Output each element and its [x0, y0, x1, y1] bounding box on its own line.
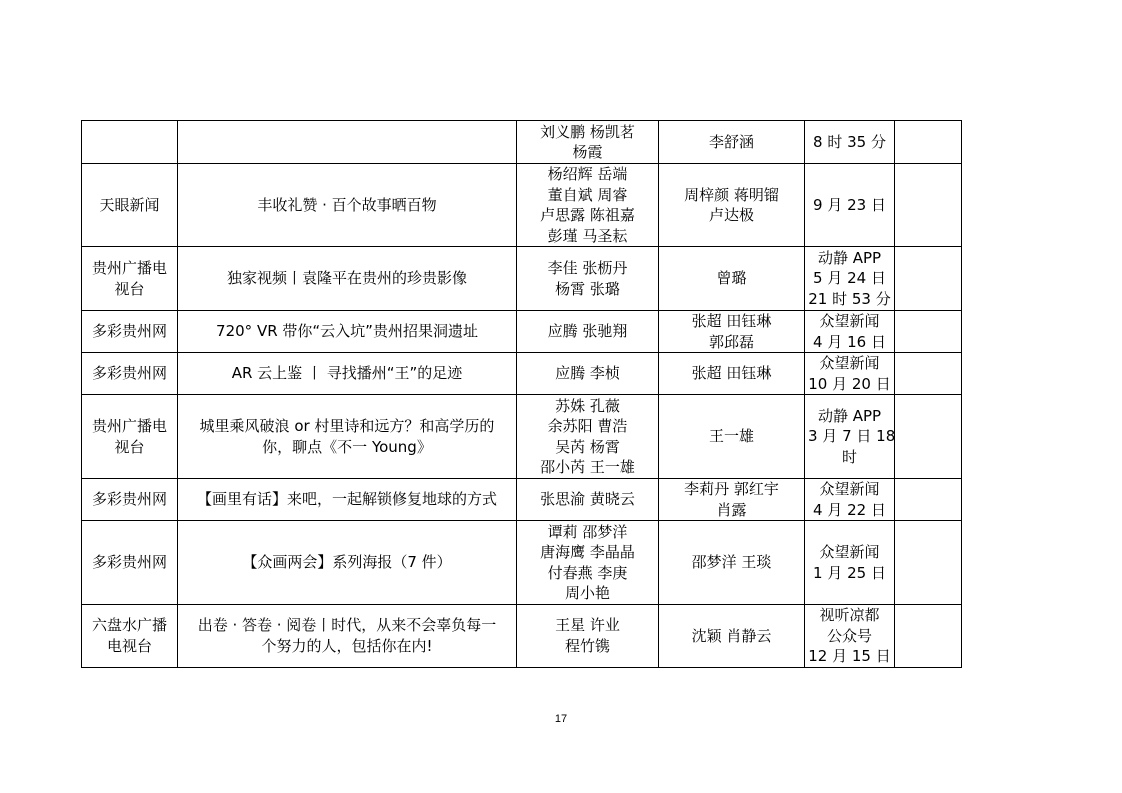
publish-info-cell: 8 时 35 分 [805, 121, 895, 164]
cell-text-line: 肖露 [662, 500, 801, 521]
cell-text-line: 李佳 张枥丹 [520, 258, 655, 279]
table-row: 刘义鹏 杨凯茗杨霞李舒涵8 时 35 分 [82, 121, 962, 164]
editors-cell: 曾璐 [659, 247, 805, 311]
cell-text-line: 余苏阳 曹浩 [520, 416, 655, 437]
cell-text-line: 卢达极 [662, 205, 801, 226]
cell-text-line: 众望新闻 [808, 353, 891, 374]
cell-text-line: 邵梦洋 王琰 [662, 552, 801, 573]
outlet-cell: 多彩贵州网 [82, 311, 178, 353]
table-row: 六盘水广播电视台出卷 · 答卷 · 阅卷丨时代，从来不会辜负每一个努力的人，包括… [82, 605, 962, 668]
cell-text-line: 电视台 [85, 636, 174, 657]
cell-text-line: 众望新闻 [808, 311, 891, 332]
title-cell: 720° VR 带你“云入坑”贵州招果洞遗址 [178, 311, 517, 353]
cell-text-line: 程竹镌 [520, 636, 655, 657]
cell-text-line: 丰收礼赞 · 百个故事晒百物 [181, 195, 513, 216]
cell-text-line: 天眼新闻 [85, 195, 174, 216]
table-row: 贵州广播电视台城里乘风破浪 or 村里诗和远方？和高学历的你，聊点《不一 You… [82, 395, 962, 479]
note-cell [895, 164, 962, 247]
cell-text-line: 张超 田钰琳 [662, 311, 801, 332]
cell-text-line: 王一雄 [662, 426, 801, 447]
cell-text-line: 周小艳 [520, 583, 655, 604]
outlet-cell: 天眼新闻 [82, 164, 178, 247]
cell-text-line: 出卷 · 答卷 · 阅卷丨时代，从来不会辜负每一 [181, 615, 513, 636]
cell-text-line: 唐海鹰 李晶晶 [520, 542, 655, 563]
editors-cell: 邵梦洋 王琰 [659, 521, 805, 605]
cell-text-line: 多彩贵州网 [85, 552, 174, 573]
cell-text-line: 个努力的人，包括你在内! [181, 636, 513, 657]
table-row: 多彩贵州网AR 云上鉴 丨 寻找播州“王”的足迹应腾 李桢张超 田钰琳众望新闻1… [82, 353, 962, 395]
title-cell [178, 121, 517, 164]
authors-cell: 李佳 张枥丹杨霄 张璐 [517, 247, 659, 311]
cell-text-line: 视台 [85, 279, 174, 300]
cell-text-line: 董自斌 周睿 [520, 185, 655, 206]
cell-text-line: 曾璐 [662, 268, 801, 289]
table-row: 多彩贵州网720° VR 带你“云入坑”贵州招果洞遗址应腾 张驰翔张超 田钰琳郭… [82, 311, 962, 353]
cell-text-line: 郭邱磊 [662, 332, 801, 353]
title-cell: 【众画两会】系列海报（7 件） [178, 521, 517, 605]
editors-cell: 张超 田钰琳 [659, 353, 805, 395]
table-row: 多彩贵州网【众画两会】系列海报（7 件）谭莉 邵梦洋唐海鹰 李晶晶付春燕 李庚周… [82, 521, 962, 605]
publish-info-cell: 众望新闻1 月 25 日 [805, 521, 895, 605]
publish-info-cell: 众望新闻10 月 20 日 [805, 353, 895, 395]
title-cell: 丰收礼赞 · 百个故事晒百物 [178, 164, 517, 247]
cell-text-line: AR 云上鉴 丨 寻找播州“王”的足迹 [181, 363, 513, 384]
cell-text-line: 多彩贵州网 [85, 321, 174, 342]
cell-text-line: 苏姝 孔薇 [520, 396, 655, 417]
cell-text-line: 张超 田钰琳 [662, 363, 801, 384]
page-number: 17 [0, 713, 1122, 725]
cell-text-line: 【画里有话】来吧，一起解锁修复地球的方式 [181, 489, 513, 510]
cell-text-line: 时 [808, 447, 891, 468]
cell-text-line: 刘义鹏 杨凯茗 [520, 122, 655, 143]
outlet-cell: 多彩贵州网 [82, 479, 178, 521]
outlet-cell [82, 121, 178, 164]
note-cell [895, 395, 962, 479]
cell-text-line: 吴芮 杨霄 [520, 437, 655, 458]
authors-cell: 张思渝 黄晓云 [517, 479, 659, 521]
authors-cell: 应腾 张驰翔 [517, 311, 659, 353]
cell-text-line: 9 月 23 日 [808, 195, 891, 216]
cell-text-line: 贵州广播电 [85, 416, 174, 437]
editors-cell: 王一雄 [659, 395, 805, 479]
cell-text-line: 视听凉都 [808, 605, 891, 626]
authors-cell: 杨绍辉 岳端董自斌 周睿卢思露 陈祖嘉彭瑾 马圣耘 [517, 164, 659, 247]
cell-text-line: 杨霞 [520, 142, 655, 163]
note-cell [895, 353, 962, 395]
table-row: 贵州广播电视台独家视频丨袁隆平在贵州的珍贵影像李佳 张枥丹杨霄 张璐曾璐动静 A… [82, 247, 962, 311]
note-cell [895, 605, 962, 668]
cell-text-line: 21 时 53 分 [808, 289, 891, 310]
cell-text-line: 应腾 李桢 [520, 363, 655, 384]
cell-text-line: 你，聊点《不一 Young》 [181, 437, 513, 458]
cell-text-line: 5 月 24 日 [808, 268, 891, 289]
outlet-cell: 贵州广播电视台 [82, 247, 178, 311]
cell-text-line: 8 时 35 分 [808, 132, 891, 153]
authors-cell: 谭莉 邵梦洋唐海鹰 李晶晶付春燕 李庚周小艳 [517, 521, 659, 605]
editors-cell: 张超 田钰琳郭邱磊 [659, 311, 805, 353]
cell-text-line: 12 月 15 日 [808, 646, 891, 667]
editors-cell: 沈颖 肖静云 [659, 605, 805, 668]
note-cell [895, 479, 962, 521]
publish-info-cell: 视听凉都公众号12 月 15 日 [805, 605, 895, 668]
cell-text-line: 付春燕 李庚 [520, 563, 655, 584]
cell-text-line: 4 月 22 日 [808, 500, 891, 521]
cell-text-line: 沈颖 肖静云 [662, 626, 801, 647]
title-cell: 【画里有话】来吧，一起解锁修复地球的方式 [178, 479, 517, 521]
cell-text-line: 彭瑾 马圣耘 [520, 226, 655, 247]
cell-text-line: 动静 APP [808, 406, 891, 427]
cell-text-line: 720° VR 带你“云入坑”贵州招果洞遗址 [181, 321, 513, 342]
cell-text-line: 谭莉 邵梦洋 [520, 522, 655, 543]
editors-cell: 周梓颜 蒋明镏卢达极 [659, 164, 805, 247]
cell-text-line: 多彩贵州网 [85, 489, 174, 510]
publish-info-cell: 动静 APP5 月 24 日21 时 53 分 [805, 247, 895, 311]
outlet-cell: 多彩贵州网 [82, 353, 178, 395]
table-row: 天眼新闻丰收礼赞 · 百个故事晒百物杨绍辉 岳端董自斌 周睿卢思露 陈祖嘉彭瑾 … [82, 164, 962, 247]
cell-text-line: 多彩贵州网 [85, 363, 174, 384]
cell-text-line: 动静 APP [808, 248, 891, 269]
cell-text-line: 卢思露 陈祖嘉 [520, 205, 655, 226]
cell-text-line: 李莉丹 郭红宇 [662, 479, 801, 500]
authors-cell: 刘义鹏 杨凯茗杨霞 [517, 121, 659, 164]
cell-text-line: 王星 许业 [520, 615, 655, 636]
title-cell: AR 云上鉴 丨 寻找播州“王”的足迹 [178, 353, 517, 395]
cell-text-line: 众望新闻 [808, 542, 891, 563]
editors-cell: 李莉丹 郭红宇肖露 [659, 479, 805, 521]
cell-text-line: 城里乘风破浪 or 村里诗和远方？和高学历的 [181, 416, 513, 437]
cell-text-line: 应腾 张驰翔 [520, 321, 655, 342]
note-cell [895, 311, 962, 353]
title-cell: 独家视频丨袁隆平在贵州的珍贵影像 [178, 247, 517, 311]
title-cell: 出卷 · 答卷 · 阅卷丨时代，从来不会辜负每一个努力的人，包括你在内! [178, 605, 517, 668]
authors-cell: 王星 许业程竹镌 [517, 605, 659, 668]
outlet-cell: 多彩贵州网 [82, 521, 178, 605]
cell-text-line: 独家视频丨袁隆平在贵州的珍贵影像 [181, 268, 513, 289]
awards-table: 刘义鹏 杨凯茗杨霞李舒涵8 时 35 分天眼新闻丰收礼赞 · 百个故事晒百物杨绍… [81, 120, 962, 668]
note-cell [895, 521, 962, 605]
cell-text-line: 杨绍辉 岳端 [520, 164, 655, 185]
publish-info-cell: 众望新闻4 月 22 日 [805, 479, 895, 521]
cell-text-line: 4 月 16 日 [808, 332, 891, 353]
cell-text-line: 周梓颜 蒋明镏 [662, 185, 801, 206]
cell-text-line: 视台 [85, 437, 174, 458]
cell-text-line: 邵小芮 王一雄 [520, 457, 655, 478]
cell-text-line: 10 月 20 日 [808, 374, 891, 395]
cell-text-line: 3 月 7 日 18 [808, 426, 891, 447]
cell-text-line: 李舒涵 [662, 132, 801, 153]
note-cell [895, 121, 962, 164]
publish-info-cell: 动静 APP3 月 7 日 18时 [805, 395, 895, 479]
table-row: 多彩贵州网【画里有话】来吧，一起解锁修复地球的方式张思渝 黄晓云李莉丹 郭红宇肖… [82, 479, 962, 521]
publish-info-cell: 9 月 23 日 [805, 164, 895, 247]
outlet-cell: 六盘水广播电视台 [82, 605, 178, 668]
outlet-cell: 贵州广播电视台 [82, 395, 178, 479]
note-cell [895, 247, 962, 311]
title-cell: 城里乘风破浪 or 村里诗和远方？和高学历的你，聊点《不一 Young》 [178, 395, 517, 479]
table-body: 刘义鹏 杨凯茗杨霞李舒涵8 时 35 分天眼新闻丰收礼赞 · 百个故事晒百物杨绍… [82, 121, 962, 668]
authors-cell: 苏姝 孔薇余苏阳 曹浩吴芮 杨霄邵小芮 王一雄 [517, 395, 659, 479]
cell-text-line: 六盘水广播 [85, 615, 174, 636]
cell-text-line: 【众画两会】系列海报（7 件） [181, 552, 513, 573]
cell-text-line: 1 月 25 日 [808, 563, 891, 584]
editors-cell: 李舒涵 [659, 121, 805, 164]
cell-text-line: 众望新闻 [808, 479, 891, 500]
publish-info-cell: 众望新闻4 月 16 日 [805, 311, 895, 353]
cell-text-line: 杨霄 张璐 [520, 279, 655, 300]
cell-text-line: 张思渝 黄晓云 [520, 489, 655, 510]
authors-cell: 应腾 李桢 [517, 353, 659, 395]
cell-text-line: 贵州广播电 [85, 258, 174, 279]
cell-text-line: 公众号 [808, 626, 891, 647]
